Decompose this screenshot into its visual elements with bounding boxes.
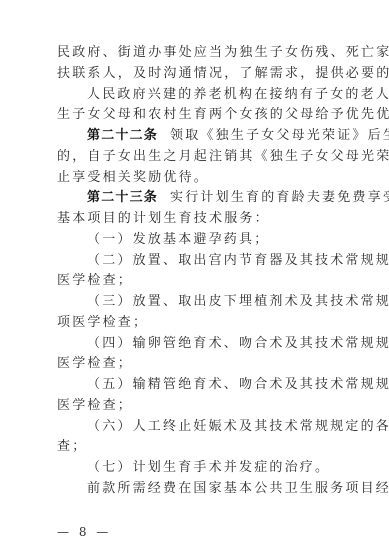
text-line: 民政府、街道办事处应当为独生子女伤残、死亡家庭确定帮	[57, 43, 335, 64]
paragraph-start: 人民政府兴建的养老机构在接纳有子女的老人时，对独	[57, 85, 335, 106]
article-number: 第二十二条	[87, 128, 158, 143]
list-item-2: （二）放置、取出宫内节育器及其技术常规规定的各项	[57, 251, 335, 272]
text-line: 基本项目的计划生育技术服务：	[57, 209, 335, 230]
list-item-4: （四）输卵管绝育术、吻合术及其技术常规规定的各项	[57, 334, 335, 355]
paragraph-start: 前款所需经费在国家基本公共卫生服务项目经费中列	[57, 479, 335, 500]
text-line: 医学检查；	[57, 271, 335, 292]
text-line: 医学检查；	[57, 396, 335, 417]
text-line: 止享受相关奖励优待。	[57, 168, 335, 189]
list-item-5: （五）输精管绝育术、吻合术及其技术常规规定的各项	[57, 375, 335, 396]
text-line: 的，自子女出生之月起注销其《独生子女父母光荣证》，停	[57, 147, 335, 168]
document-body: 民政府、街道办事处应当为独生子女伤残、死亡家庭确定帮 扶联系人，及时沟通情况，了…	[57, 43, 335, 500]
text-line: 生子女父母和农村生育两个女孩的父母给予优先优惠。	[57, 105, 335, 126]
list-item-7: （七）计划生育手术并发症的治疗。	[57, 458, 335, 479]
list-item-1: （一）发放基本避孕药具；	[57, 230, 335, 251]
text-line: 医学检查；	[57, 354, 335, 375]
text-line: 查；	[57, 437, 335, 458]
text-line: 扶联系人，及时沟通情况，了解需求，提供必要的帮助。	[57, 64, 335, 85]
article-23-line: 第二十三条实行计划生育的育龄夫妻免费享受下列	[57, 188, 335, 209]
page-number: — 8 —	[57, 524, 111, 540]
list-item-3: （三）放置、取出皮下埋植剂术及其技术常规规定的各	[57, 292, 335, 313]
list-item-6: （六）人工终止妊娠术及其技术常规规定的各项医学检	[57, 417, 335, 438]
article-number: 第二十三条	[87, 190, 158, 205]
article-text: 实行计划生育的育龄夫妻免费享受下列	[170, 190, 389, 205]
text-line: 项医学检查；	[57, 313, 335, 334]
article-text: 领取《独生子女父母光荣证》后生育子女	[170, 128, 389, 143]
article-22-line: 第二十二条领取《独生子女父母光荣证》后生育子女	[57, 126, 335, 147]
